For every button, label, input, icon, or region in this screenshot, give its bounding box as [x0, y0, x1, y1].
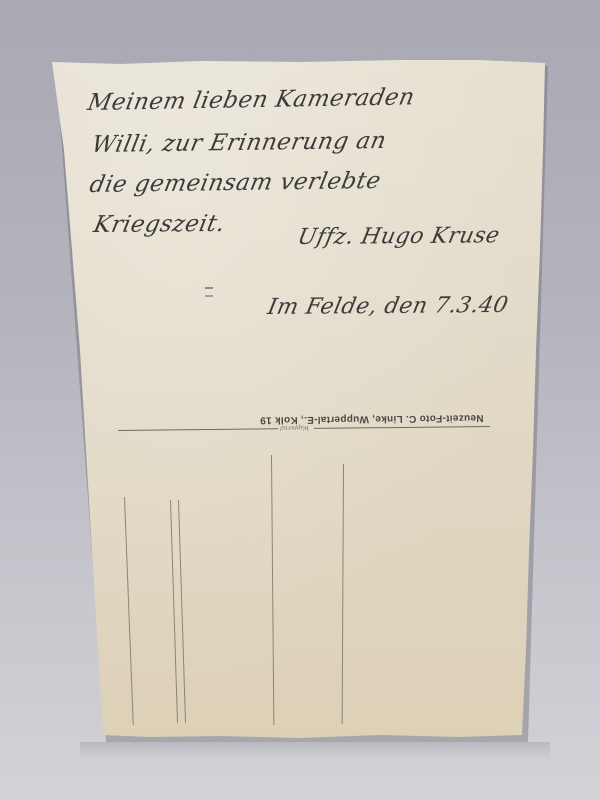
signature: Uffz. Hugo Kruse	[295, 223, 502, 250]
surface-shadow	[80, 742, 550, 760]
place-date: Im Felde, den 7.3.40	[265, 293, 510, 320]
postcard-back	[0, 0, 600, 800]
printer-imprint: Wuppertal Neuzeit-Foto C. Linke, Wuppert…	[118, 410, 490, 438]
divider-right	[314, 426, 490, 429]
message-line-4: Kriegszeit.	[91, 211, 227, 238]
message-line-2: Willi, zur Erinnerung an	[89, 128, 388, 158]
ink-mark	[205, 287, 213, 297]
message-line-3: die gemeinsam verlebte	[87, 168, 383, 198]
imprint-text: Neuzeit-Foto C. Linke, Wuppertal-E., Kol…	[260, 412, 484, 425]
divider-left	[118, 428, 278, 431]
photo-scene: Meinem lieben Kameraden Willi, zur Erinn…	[0, 0, 600, 800]
